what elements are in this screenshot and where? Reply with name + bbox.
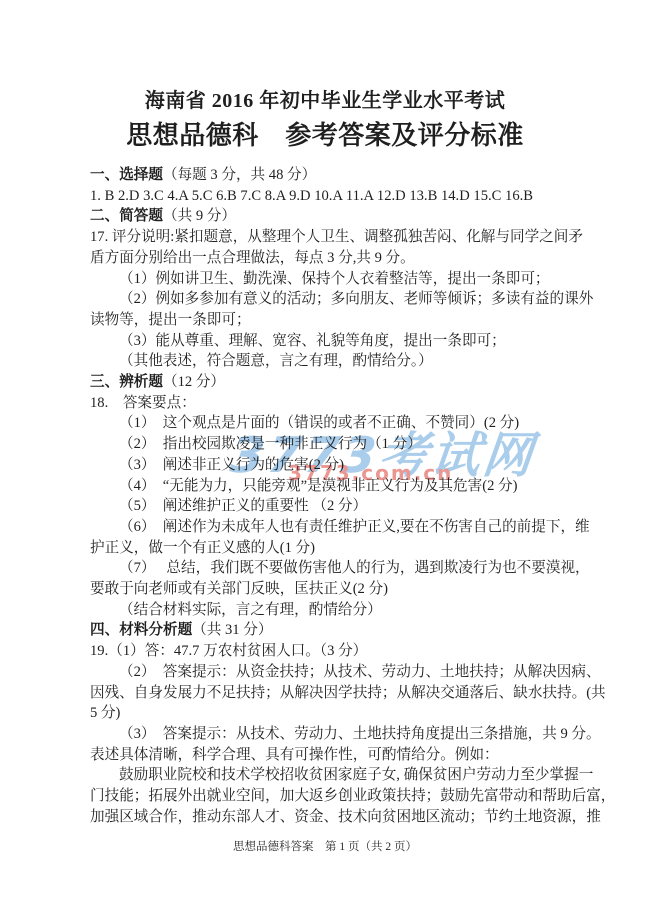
document-line: 18. 答案要点：: [90, 393, 572, 414]
document-line: 1. B 2.D 3.C 4.A 5.C 6.B 7.C 8.A 9.D 10.…: [90, 186, 572, 207]
section-heading-points: （每题 3 分，共 48 分）: [163, 167, 316, 183]
answer-key-title: 思想品德科 参考答案及评分标准: [0, 115, 650, 152]
document-line: （2） 答案提示：从资金扶持；从技术、劳动力、土地扶持；从解决因病、: [90, 662, 572, 683]
document-line: 表述具体清晰，科学合理、具有可操作性，可酌情给分。例如：: [90, 745, 572, 766]
document-line: 因残、自身发展力不足扶持；从解决因学扶持；从解决交通落后、缺水扶持。(共: [90, 683, 572, 704]
document-line: 盾方面分别给出一点合理做法，每点 3 分,共 9 分。: [90, 248, 572, 269]
document-line: （6） 阐述作为未成年人也有责任维护正义,要在不伤害自己的前提下，维: [90, 517, 572, 538]
document-line: 二、简答题（共 9 分）: [90, 206, 572, 227]
section-heading-label: 一、选择题: [90, 167, 163, 183]
document-body: 一、选择题（每题 3 分，共 48 分）1. B 2.D 3.C 4.A 5.C…: [90, 165, 572, 828]
document-line: 读物等，提出一条即可；: [90, 310, 572, 331]
document-line: （1） 这个观点是片面的（错误的或者不正确、不赞同）(2 分): [90, 413, 572, 434]
document-line: 17. 评分说明:紧扣题意，从整理个人卫生、调整孤独苦闷、化解与同学之间矛: [90, 227, 572, 248]
document-line: （3）能从尊重、理解、宽容、礼貌等角度，提出一条即可；: [90, 331, 572, 352]
document-line: 要敢于向老师或有关部门反映，匡扶正义(2 分): [90, 579, 572, 600]
page-footer: 思想品德科答案 第 1 页（共 2 页）: [0, 838, 650, 854]
document-line: 一、选择题（每题 3 分，共 48 分）: [90, 165, 572, 186]
document-line: 19.（1）答：47.7 万农村贫困人口。（3 分）: [90, 641, 572, 662]
document-line: （3） 阐述非正义行为的危害(2 分): [90, 455, 572, 476]
document-line: 三、辨析题（12 分）: [90, 372, 572, 393]
document-line: （5） 阐述维护正义的重要性 （2 分）: [90, 496, 572, 517]
document-line: 5 分): [90, 703, 572, 724]
document-line: （结合材料实际，言之有理，酌情给分）: [90, 600, 572, 621]
exam-title: 海南省 2016 年初中毕业生学业水平考试: [0, 84, 650, 113]
section-heading-points: （共 31 分）: [192, 622, 272, 638]
section-heading-points: （12 分）: [163, 374, 225, 390]
document-line: 鼓励职业院校和技术学校招收贫困家庭子女, 确保贫困户劳动力至少掌握一: [90, 765, 572, 786]
document-line: 加强区域合作，推动东部人才、资金、技术向贫困地区流动；节约土地资源，推: [90, 807, 572, 828]
document-line: （2） 指出校园欺凌是一种非正义行为（1 分）: [90, 434, 572, 455]
section-heading-label: 四、材料分析题: [90, 622, 192, 638]
section-heading-points: （共 9 分）: [163, 208, 236, 224]
document-line: （1）例如讲卫生、勤洗澡、保持个人衣着整洁等，提出一条即可；: [90, 269, 572, 290]
document-line: （2）例如多参加有意义的活动；多向朋友、老师等倾诉；多读有益的课外: [90, 289, 572, 310]
section-heading-label: 三、辨析题: [90, 374, 163, 390]
document-line: （4） “无能为力，只能旁观”是漠视非正义行为及其危害(2 分): [90, 476, 572, 497]
section-heading-label: 二、简答题: [90, 208, 163, 224]
document-line: （3） 答案提示：从技术、劳动力、土地扶持角度提出三条措施，共 9 分。: [90, 724, 572, 745]
document-line: 护正义，做一个有正义感的人(1 分): [90, 538, 572, 559]
document-line: 四、材料分析题（共 31 分）: [90, 620, 572, 641]
document-page: 3773考试网 3773.com.cn 海南省 2016 年初中毕业生学业水平考…: [0, 0, 650, 919]
document-line: （7） 总结，我们既不要做伤害他人的行为，遇到欺凌行为也不要漠视，: [90, 558, 572, 579]
document-line: （其他表述，符合题意，言之有理，酌情给分。）: [90, 351, 572, 372]
document-line: 门技能；拓展外出就业空间，加大返乡创业政策扶持；鼓励先富带动和帮助后富，: [90, 786, 572, 807]
